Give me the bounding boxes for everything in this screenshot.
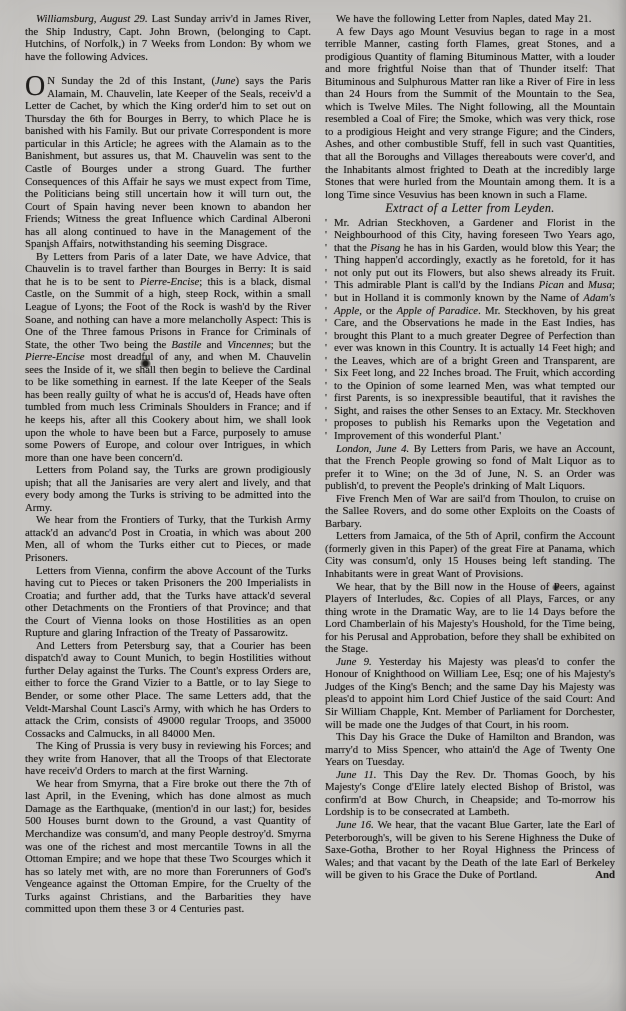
text-run: London, June 4.	[336, 443, 409, 455]
text-run: . Mr. Steckhoven, by his great Care, and…	[334, 305, 615, 442]
text-columns: Williamsburg, August 29. Last Sunday arr…	[25, 13, 615, 981]
text-run: Letters from Jamaica, of the 5th of Apri…	[325, 530, 615, 580]
june-16-blue-garter: June 16. We hear, that the vacant Blue G…	[325, 819, 615, 882]
text-run: N Sunday the 2d of this Instant, (	[47, 75, 215, 87]
text-run: June 16.	[336, 819, 374, 831]
text-run: June 9.	[336, 656, 372, 668]
text-run: And Letters from Petersburg say, that a …	[25, 640, 311, 740]
right-column: We have the following Letter from Naples…	[325, 13, 615, 981]
pierre-encise-letters: By Letters from Paris of a later Date, w…	[25, 251, 311, 464]
text-run: We hear, that by the Bill now in the Hou…	[325, 581, 615, 656]
text-run: June 11.	[336, 769, 376, 781]
left-column: Williamsburg, August 29. Last Sunday arr…	[25, 13, 311, 981]
french-men-of-war: Five French Men of War are sail'd from T…	[325, 493, 615, 531]
text-run: Apple of Paradice	[397, 305, 479, 317]
june-11-gooch: June 11. This Day the Rev. Dr. Thomas Go…	[325, 769, 615, 819]
petersburg-courier: And Letters from Petersburg say, that a …	[25, 640, 311, 740]
leyden-extract-heading: Extract of a Letter from Leyden.	[325, 202, 615, 216]
text-run: ) says the Paris Alamain, M. Chauvelin, …	[25, 75, 311, 250]
dateline-williamsburg: Williamsburg, August 29. Last Sunday arr…	[25, 13, 311, 63]
text-run: We have the following Letter from Naples…	[336, 13, 591, 25]
text-run: June	[215, 75, 235, 87]
vesuvius-eruption: A few Days ago Mount Vesuvius began to r…	[325, 26, 615, 202]
steckhoven-pisang: Mr. Adrian Steckhoven, a Gardener and Fl…	[325, 217, 615, 443]
paris-alamain-chauvelin: ON Sunday the 2d of this Instant, (June)…	[25, 75, 311, 251]
london-june-4-malt-liquor: London, June 4. By Letters from Paris, w…	[325, 443, 615, 493]
smyrna-fire: We hear from Smyrna, that a Fire broke o…	[25, 778, 311, 916]
king-of-prussia: The King of Prussia is very busy in revi…	[25, 740, 311, 778]
catchword: And	[584, 869, 615, 882]
text-run: ; but the	[271, 339, 311, 351]
text-run: , or the	[359, 305, 396, 317]
ink-blot	[552, 584, 560, 591]
text-run: Pican	[539, 279, 564, 291]
text-run: Pierre-Encise	[25, 351, 85, 363]
text-run: Williamsburg, August 29.	[36, 13, 148, 25]
text-run: most dreadful of any, and when M. Chauve…	[25, 351, 311, 463]
text-run: We hear from the Frontiers of Turky, tha…	[25, 514, 311, 564]
text-run: and	[201, 339, 227, 351]
drop-cap: O	[25, 75, 47, 98]
newspaper-page: Williamsburg, August 29. Last Sunday arr…	[0, 0, 626, 1011]
june-9-knighthood: June 9. Yesterday his Majesty was pleas'…	[325, 656, 615, 731]
text-run: Pisang	[370, 242, 400, 254]
text-run: Vincennes	[227, 339, 271, 351]
jamaica-panama-fire: Letters from Jamaica, of the 5th of Apri…	[325, 530, 615, 580]
turky-croatia: We hear from the Frontiers of Turky, tha…	[25, 514, 311, 564]
poland-turks: Letters from Poland say, the Turks are g…	[25, 464, 311, 514]
text-run: A few Days ago Mount Vesuvius began to r…	[325, 26, 615, 201]
text-run: Bastile	[171, 339, 201, 351]
naples-letter-intro: We have the following Letter from Naples…	[325, 13, 615, 26]
text-run: Five French Men of War are sail'd from T…	[325, 493, 615, 530]
hamilton-marriage: This Day his Grace the Duke of Hamilton …	[325, 731, 615, 769]
text-run: Musa	[588, 279, 612, 291]
text-run: Letters from Vienna, confirm the above A…	[25, 565, 311, 640]
text-run: Pierre-Encise	[140, 276, 200, 288]
text-run: The King of Prussia is very busy in revi…	[25, 740, 311, 777]
text-run: We hear from Smyrna, that a Fire broke o…	[25, 778, 311, 915]
quote-marks-rail: ' ' ' ' ' ' ' ' ' ' ' ' ' ' ' ' ' '	[325, 217, 327, 443]
ink-blot	[46, 246, 51, 250]
vienna-confirmation: Letters from Vienna, confirm the above A…	[25, 565, 311, 640]
text-run: Letters from Poland say, the Turks are g…	[25, 464, 311, 514]
house-of-peers-bill: We hear, that by the Bill now in the Hou…	[325, 581, 615, 656]
text-run: This Day his Grace the Duke of Hamilton …	[325, 731, 615, 768]
text-run: Extract of a Letter from Leyden.	[385, 201, 554, 215]
text-run: and	[564, 279, 588, 291]
